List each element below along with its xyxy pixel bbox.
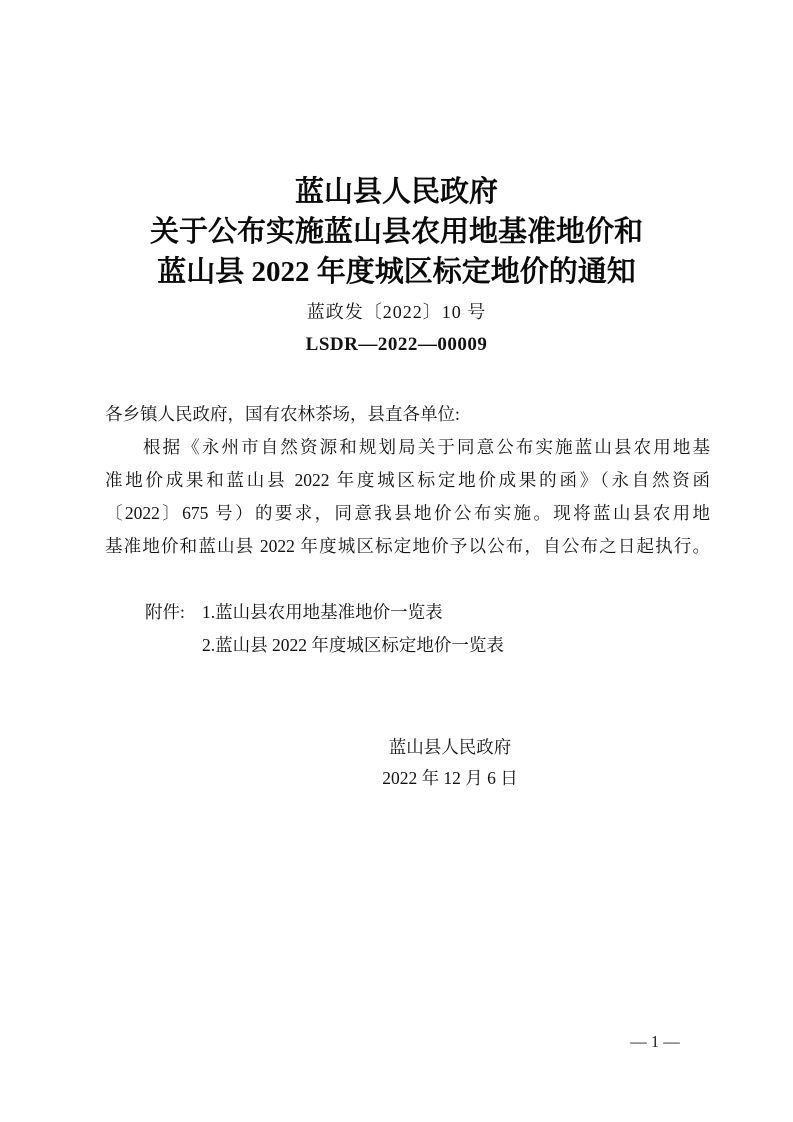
signature-issuer: 蓝山县人民政府 (340, 732, 560, 763)
page-number: — 1 — (590, 1032, 720, 1052)
document-page: { "colors": { "page_background": "#fffff… (0, 0, 793, 1122)
paragraph-line: 准地价成果和蓝山县 2022 年度城区标定地价成果的函》（永自然资函 (105, 464, 710, 497)
title-line-1: 蓝山县人民政府 (0, 172, 793, 212)
attachment-item: 2.蓝山县 2022 年度城区标定地价一览表 (202, 629, 504, 662)
document-title: 蓝山县人民政府 关于公布实施蓝山县农用地基准地价和 蓝山县 2022 年度城区标… (0, 172, 793, 292)
salutation-line: 各乡镇人民政府，国有农林茶场，县直各单位: (105, 398, 710, 431)
attachment-item: 1.蓝山县农用地基准地价一览表 (202, 596, 504, 629)
paragraph-line: 基准地价和蓝山县 2022 年度城区标定地价予以公布，自公布之日起执行。 (105, 530, 710, 563)
paragraph-line: 根据《永州市自然资源和规划局关于同意公布实施蓝山县农用地基 (105, 431, 710, 464)
paragraph-line: 〔2022〕675 号）的要求，同意我县地价公布实施。现将蓝山县农用地 (105, 497, 710, 530)
doc-number: 蓝政发〔2022〕10 号 (0, 302, 793, 323)
signature-block: 蓝山县人民政府 2022 年 12 月 6 日 (340, 732, 560, 794)
attachments-label: 附件: (145, 596, 185, 629)
title-line-2: 关于公布实施蓝山县农用地基准地价和 (0, 212, 793, 252)
title-line-3: 蓝山县 2022 年度城区标定地价的通知 (0, 252, 793, 292)
doc-code: LSDR—2022—00009 (0, 334, 793, 356)
signature-date: 2022 年 12 月 6 日 (340, 763, 560, 794)
document-body: 各乡镇人民政府，国有农林茶场，县直各单位: 根据《永州市自然资源和规划局关于同意… (105, 398, 710, 563)
attachments-list: 1.蓝山县农用地基准地价一览表 2.蓝山县 2022 年度城区标定地价一览表 (202, 596, 504, 662)
